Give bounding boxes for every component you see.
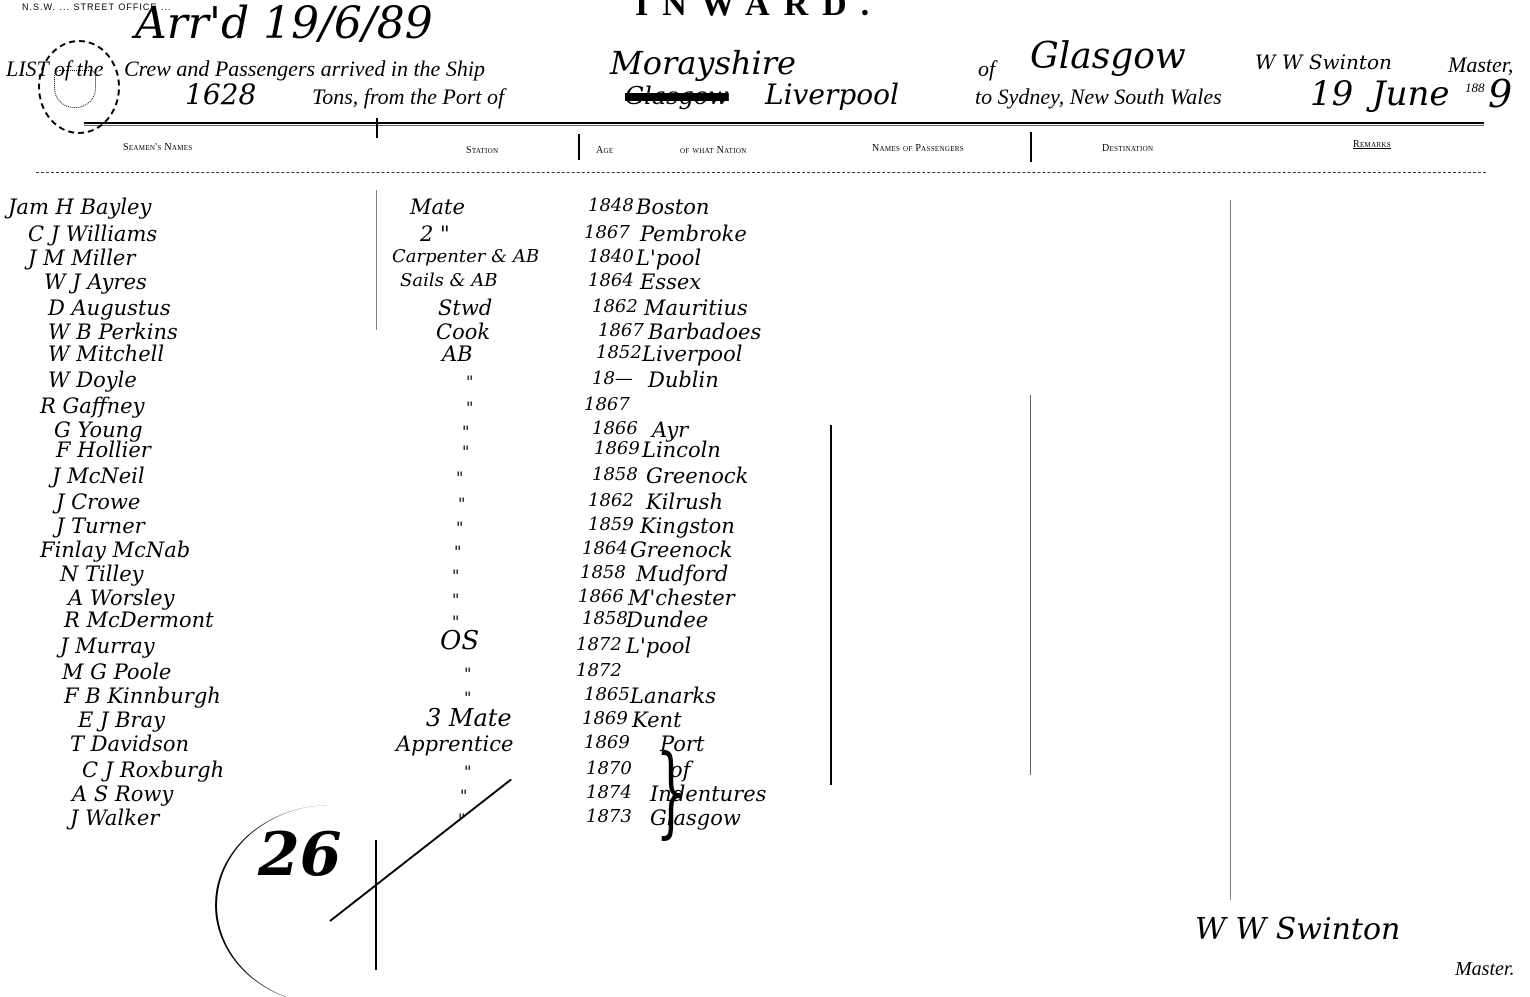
seaman-name: W Doyle (48, 368, 137, 392)
header-bottom-rule (36, 172, 1486, 173)
seaman-age: 1840 (588, 246, 634, 267)
seaman-age: 1872 (576, 660, 622, 681)
seaman-name: Finlay McNab (40, 538, 190, 562)
col-divider-passengers (1030, 132, 1032, 162)
seaman-age: 1866 (592, 418, 638, 439)
seaman-age: 1862 (588, 490, 634, 511)
seaman-station: " (462, 422, 469, 441)
seaman-station: " (452, 590, 459, 609)
seaman-station: " (458, 494, 465, 513)
seaman-age: 1864 (588, 270, 634, 291)
seaman-name: J Murray (60, 634, 155, 658)
seaman-age: 1862 (592, 296, 638, 317)
seaman-name: W J Ayres (44, 270, 147, 294)
seaman-station: " (466, 372, 473, 391)
col-header-passenger-names: Names of Passengers (872, 143, 964, 154)
tonnage: 1628 (185, 78, 256, 111)
ship-name: Morayshire (610, 44, 796, 82)
seaman-age: 1873 (586, 806, 632, 827)
col-header-age: Age (596, 145, 613, 156)
seaman-name: D Augustus (48, 296, 171, 320)
inward-banner: INWARD. (635, 0, 883, 24)
seaman-nation: Barbadoes (648, 320, 761, 344)
header-top-rule (84, 122, 1484, 124)
seaman-station: 2 " (420, 222, 450, 246)
seaman-nation: Mauritius (644, 296, 748, 320)
seaman-name: J Walker (70, 806, 159, 830)
seaman-name: J McNeil (52, 464, 145, 488)
destination-label: to Sydney, New South Wales (975, 84, 1222, 110)
seaman-station: " (466, 398, 473, 417)
seaman-station: " (452, 566, 459, 585)
seaman-name: M G Poole (62, 660, 171, 684)
seaman-age: 1858 (582, 608, 628, 629)
seaman-age: 1859 (588, 514, 634, 535)
seaman-nation: Greenock (646, 464, 748, 488)
seaman-age: 1872 (576, 634, 622, 655)
seaman-nation: Kent (632, 708, 682, 732)
seaman-age: 1869 (594, 438, 640, 459)
seaman-station: " (464, 664, 471, 683)
seaman-name: C J Williams (28, 222, 157, 246)
seaman-age: 1870 (586, 758, 632, 779)
seaman-nation: L'pool (636, 246, 701, 270)
seaman-station: 3 Mate (426, 704, 512, 732)
seaman-name: Jam H Bayley (8, 195, 151, 219)
seaman-name: E J Bray (78, 708, 165, 732)
seaman-age: 1865 (584, 684, 630, 705)
seaman-name: J Crowe (56, 490, 140, 514)
seaman-nation: Dublin (648, 368, 719, 392)
col-header-nation: of what Nation (680, 145, 747, 156)
col-divider-passenger-body (830, 425, 832, 785)
seaman-age: 1864 (582, 538, 628, 559)
seaman-nation: Boston (636, 195, 709, 219)
master-name: W W Swinton (1255, 50, 1392, 74)
master-signature: W W Swinton (1195, 912, 1400, 947)
seaman-station: " (462, 442, 469, 461)
seaman-name: A Worsley (68, 586, 174, 610)
seaman-age: 1848 (588, 195, 634, 216)
seaman-name: R McDermont (64, 608, 214, 632)
col-divider-age (578, 134, 580, 160)
apprentice-bracket-icon: } (656, 735, 687, 849)
seaman-nation: M'chester (628, 586, 735, 610)
col-divider-dest-body (1030, 395, 1031, 775)
seaman-station: " (460, 786, 467, 805)
title-prefix: LIST of the (6, 56, 103, 82)
col-divider-station (376, 118, 378, 138)
port-crossed-out: Glasgow (625, 82, 729, 110)
seaman-age: 1858 (592, 464, 638, 485)
seaman-age: 1869 (584, 732, 630, 753)
title-line-1: Crew and Passengers arrived in the Ship (124, 56, 485, 82)
seaman-station: Apprentice (396, 732, 513, 756)
seaman-station: Mate (410, 195, 465, 219)
arrival-day: 19 (1310, 74, 1353, 114)
col-header-station: Station (466, 145, 498, 156)
col-header-destination: Destination (1102, 143, 1153, 154)
seaman-age: 1866 (578, 586, 624, 607)
seaman-name: C J Roxburgh (82, 758, 224, 782)
seaman-name: R Gaffney (40, 394, 144, 418)
col-header-remarks: Remarks (1353, 139, 1391, 150)
seaman-station: Cook (436, 320, 490, 344)
seaman-station: AB (442, 342, 473, 366)
port-of-registry: Glasgow (1030, 36, 1186, 77)
seaman-nation: Dundee (626, 608, 708, 632)
arrival-month: June (1372, 74, 1450, 114)
seaman-station: " (454, 542, 461, 561)
of-label: of (978, 56, 995, 82)
seaman-nation: L'pool (626, 634, 691, 658)
signature-label: Master. (1455, 958, 1514, 981)
seaman-station: " (456, 468, 463, 487)
seaman-nation: Lincoln (642, 438, 721, 462)
seaman-station: Stwd (438, 296, 492, 320)
seaman-age: 1869 (582, 708, 628, 729)
seaman-name: J M Miller (28, 246, 135, 270)
seaman-station: OS (440, 626, 479, 656)
seaman-nation: Liverpool (642, 342, 742, 366)
seaman-name: T Davidson (70, 732, 189, 756)
seaman-nation: Lanarks (630, 684, 716, 708)
seaman-station: " (464, 762, 471, 781)
seaman-age: 1852 (596, 342, 642, 363)
seaman-nation: Greenock (630, 538, 732, 562)
seaman-nation: Pembroke (640, 222, 747, 246)
seaman-nation: Essex (640, 270, 701, 294)
seaman-age: 18— (592, 368, 633, 389)
col-header-seamen-names: Seamen's Names (123, 142, 193, 153)
seaman-station: Carpenter & AB (392, 246, 539, 267)
total-count: 26 (258, 820, 342, 890)
seaman-name: W Mitchell (48, 342, 164, 366)
seaman-name: F B Kinnburgh (64, 684, 221, 708)
seaman-age: 1867 (584, 222, 630, 243)
seaman-age: 1858 (580, 562, 626, 583)
seaman-name: A S Rowy (72, 782, 173, 806)
seaman-age: 1867 (598, 320, 644, 341)
arrival-year-hand: 9 (1488, 72, 1512, 116)
seaman-nation: Kingston (640, 514, 735, 538)
seaman-name: J Turner (56, 514, 145, 538)
col-divider-station-body (376, 190, 377, 330)
arrival-note: Arr'd 19/6/89 (135, 0, 433, 49)
seaman-age: 1867 (584, 394, 630, 415)
col-divider-remarks-body (1230, 200, 1231, 900)
seaman-nation: Kilrush (646, 490, 723, 514)
seaman-station: Sails & AB (400, 270, 498, 291)
seaman-station: " (456, 518, 463, 537)
tons-label: Tons, from the Port of (312, 84, 504, 110)
seaman-age: 1874 (586, 782, 632, 803)
header-top-rule-2 (84, 125, 1484, 126)
seaman-name: W B Perkins (48, 320, 178, 344)
port-from: Liverpool (765, 78, 899, 111)
seaman-name: F Hollier (56, 438, 151, 462)
arrival-year-printed: 188 (1465, 80, 1485, 96)
seaman-name: N Tilley (60, 562, 144, 586)
seaman-nation: Mudford (636, 562, 728, 586)
